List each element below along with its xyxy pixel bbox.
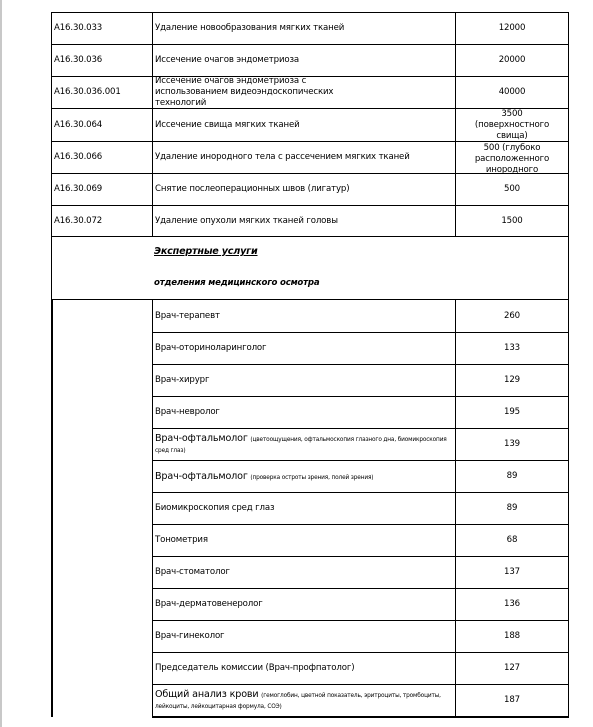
service-name: Тонометрия — [152, 524, 455, 556]
service-name: Председатель комиссии (Врач-профпатолог) — [152, 652, 455, 684]
service-code: А16.30.033 — [51, 12, 152, 44]
table-row: Врач-дерматовенеролог 136 — [51, 588, 569, 620]
service-name: Общий анализ крови (гемоглобин, цветной … — [152, 684, 455, 716]
table-row: Врач-хирург 129 — [51, 364, 569, 396]
service-name: Врач-невролог — [152, 396, 455, 428]
service-price: 500 — [455, 173, 569, 205]
service-name: Врач-хирург — [152, 364, 455, 396]
table-row: Тонометрия 68 — [51, 524, 569, 556]
service-name-text: Председатель комиссии (Врач-профпатолог) — [155, 663, 354, 674]
service-name: Удаление инородного тела с рассечением м… — [152, 141, 455, 173]
service-name: Иссечение свища мягких тканей — [152, 108, 455, 141]
service-name: Снятие послеоперационных швов (лигатур) — [152, 173, 455, 205]
service-price: 129 — [455, 364, 569, 396]
service-name: Врач-стоматолог — [152, 556, 455, 588]
service-price: 260 — [455, 300, 569, 332]
service-price: 89 — [455, 492, 569, 524]
service-name: Иссечение очагов эндометриоза с использо… — [152, 76, 455, 108]
section-header: Экспертные услуги отделения медицинского… — [51, 236, 569, 300]
service-price: 136 — [455, 588, 569, 620]
service-name-text: Врач-офтальмолог — [155, 471, 248, 482]
service-price: 89 — [455, 460, 569, 492]
table-row: Врач-невролог 195 — [51, 396, 569, 428]
service-name-text: Биомикроскопия сред глаз — [155, 503, 274, 514]
service-code: А16.30.036.001 — [51, 76, 152, 108]
service-price: 1500 — [455, 205, 569, 236]
service-name-text: Тонометрия — [155, 535, 208, 546]
service-price: 3500 (поверхностного свища) — [455, 108, 569, 141]
service-name: Врач-офтальмолог (проверка остроты зрени… — [152, 460, 455, 492]
service-name: Врач-гинеколог — [152, 620, 455, 652]
service-name: Врач-терапевт — [152, 300, 455, 332]
table-row: А16.30.069 Снятие послеоперационных швов… — [51, 173, 569, 205]
table-row: Врач-офтальмолог (цветоощущения, офтальм… — [51, 428, 569, 460]
service-name-text: Врач-стоматолог — [155, 567, 230, 578]
service-code: А16.30.069 — [51, 173, 152, 205]
table-row: Врач-терапевт 260 — [51, 300, 569, 332]
table-row: А16.30.036 Иссечение очагов эндометриоза… — [51, 44, 569, 76]
service-name: Врач-оториноларинголог — [152, 332, 455, 364]
table-bottom-border — [152, 716, 569, 718]
service-code: А16.30.072 — [51, 205, 152, 236]
service-name: Врач-офтальмолог (цветоощущения, офтальм… — [152, 428, 455, 460]
table-row: А16.30.066 Удаление инородного тела с ра… — [51, 141, 569, 173]
service-price: 188 — [455, 620, 569, 652]
service-note: (проверка остроты зрения, полей зрения) — [250, 475, 373, 481]
service-name-text: Врач-оториноларинголог — [155, 343, 266, 354]
table-row: Врач-гинеколог 188 — [51, 620, 569, 652]
table-row: Врач-оториноларинголог 133 — [51, 332, 569, 364]
service-code: А16.30.036 — [51, 44, 152, 76]
service-name-text: Врач-терапевт — [155, 311, 220, 322]
service-name: Удаление опухоли мягких тканей головы — [152, 205, 455, 236]
service-name-text: Врач-хирург — [155, 375, 209, 386]
service-code: А16.30.064 — [51, 108, 152, 141]
service-name-text: Врач-гинеколог — [155, 631, 224, 642]
service-name: Удаление новообразования мягких тканей — [152, 12, 455, 44]
service-price: 20000 — [455, 44, 569, 76]
service-price: 40000 — [455, 76, 569, 108]
service-price: 137 — [455, 556, 569, 588]
service-price: 68 — [455, 524, 569, 556]
service-name: Биомикроскопия сред глаз — [152, 492, 455, 524]
service-name-text: Врач-невролог — [155, 407, 220, 418]
table-row: Врач-стоматолог 137 — [51, 556, 569, 588]
service-code: А16.30.066 — [51, 141, 152, 173]
service-name: Иссечение очагов эндометриоза — [152, 44, 455, 76]
service-name-text: Общий анализ крови — [155, 689, 259, 700]
service-price: 127 — [455, 652, 569, 684]
table-row: А16.30.072 Удаление опухоли мягких ткане… — [51, 205, 569, 236]
service-price: 195 — [455, 396, 569, 428]
section-subtitle: отделения медицинского осмотра — [154, 278, 319, 288]
price-table: А16.30.033 Удаление новообразования мягк… — [0, 0, 593, 727]
service-name-text: Врач-офтальмолог — [155, 433, 248, 444]
table-row: Биомикроскопия сред глаз 89 — [51, 492, 569, 524]
table-row: Председатель комиссии (Врач-профпатолог)… — [51, 652, 569, 684]
table-row: Общий анализ крови (гемоглобин, цветной … — [51, 684, 569, 716]
table-row: А16.30.033 Удаление новообразования мягк… — [51, 12, 569, 44]
service-name-text: Врач-дерматовенеролог — [155, 599, 263, 610]
table-row: А16.30.036.001 Иссечение очагов эндометр… — [51, 76, 569, 108]
table-row: А16.30.064 Иссечение свища мягких тканей… — [51, 108, 569, 141]
section-title: Экспертные услуги — [154, 246, 258, 257]
service-price: 133 — [455, 332, 569, 364]
table-row: Врач-офтальмолог (проверка остроты зрени… — [51, 460, 569, 492]
service-price: 12000 — [455, 12, 569, 44]
service-price: 500 (глубоко расположенного инородного т… — [455, 141, 569, 173]
service-price: 139 — [455, 428, 569, 460]
service-name: Врач-дерматовенеролог — [152, 588, 455, 620]
service-price: 187 — [455, 684, 569, 716]
